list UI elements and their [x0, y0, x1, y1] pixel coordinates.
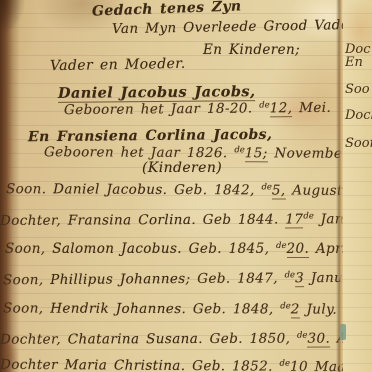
child-row: Dochter, Fransina Corlina. Geb 1844. 17d… — [0, 211, 372, 229]
child-row: Dochter Maria Christina. Geb. 1852. de10… — [0, 357, 372, 372]
child-name: Maria Christina. — [65, 357, 186, 372]
child-day: 20. — [287, 241, 310, 258]
child-geb: Geb 1844. — [203, 212, 279, 228]
facing-text-fragment: Soo — [345, 82, 370, 97]
vader-en-moeder-line: Vader en Moeder. — [50, 56, 186, 74]
father-month: Mei. — [299, 100, 331, 116]
child-geb: Geb. 1845, — [189, 241, 270, 257]
book-left-edge-shadow — [0, 0, 34, 46]
child-day-ordinal: de — [280, 359, 291, 369]
child-day-ordinal: de — [276, 241, 286, 251]
child-day: 17 — [285, 211, 303, 228]
child-day: 10 — [290, 359, 308, 372]
child-day-ordinal-after: de — [303, 211, 314, 221]
child-day: 5, — [272, 182, 286, 199]
mother-name-line: En Fransiena Corlina Jacobs, — [28, 127, 272, 146]
child-role: Dochter, — [0, 213, 61, 229]
father-birth-line: Gebooren het Jaar 18-20. de12, Mei. — [64, 100, 331, 118]
child-geb: Geb. 1850, — [210, 331, 291, 347]
kinderen-heading: (Kinderen) — [142, 160, 222, 176]
child-geb: Geb. 1847, — [197, 270, 278, 287]
mother-day: 15; — [245, 145, 268, 162]
child-day-ordinal: de — [297, 331, 308, 341]
facing-text-fragment: En — [345, 55, 363, 70]
child-row: Soon, Hendrik Johannes. Geb. 1848, de2 J… — [3, 300, 337, 317]
tape-mark — [340, 324, 346, 340]
father-day: 12, — [270, 100, 293, 117]
page-gutter-edge — [336, 0, 343, 372]
child-day: 2 — [291, 301, 300, 318]
child-day-ordinal: de — [285, 270, 296, 280]
father-birth-text: Gebooren het Jaar 18-20. — [64, 101, 253, 119]
facing-text-fragment: Doch — [345, 108, 372, 123]
child-geb: Geb. 1852. — [192, 358, 273, 372]
child-name: Fransina Corlina. — [68, 212, 196, 229]
child-row: Soon. Daniel Jacobus. Geb. 1842, de5, Au… — [6, 181, 364, 199]
child-role: Soon, — [3, 272, 44, 288]
child-geb: Geb. 1842, — [174, 182, 255, 198]
child-role: Dochter — [0, 357, 58, 372]
child-name: Daniel Jacobus. — [53, 181, 167, 198]
child-name: Phillipus Johannes; — [50, 271, 190, 288]
child-row: Soon, Salomon Jacobus. Geb. 1845, de20. … — [5, 241, 356, 257]
child-month: July. — [306, 301, 337, 317]
facing-text-fragment: Soon — [345, 136, 372, 151]
child-role: Soon. — [6, 181, 47, 197]
facing-page-strip: Doc En Soo Doch Soon — [343, 0, 372, 372]
child-day: 3 — [295, 270, 304, 287]
child-row: Dochter, Chatarina Susana. Geb. 1850, de… — [0, 330, 372, 347]
child-day-ordinal: de — [280, 301, 291, 311]
child-day: 30. — [307, 331, 330, 348]
child-geb: Geb. 1848, — [193, 301, 274, 317]
en-kinderen-line: En Kinderen; — [203, 42, 300, 58]
ledger-photo: Gedach tenes Zyn Van Myn Overleede Grood… — [0, 0, 372, 372]
father-day-ordinal: de — [259, 100, 270, 110]
mother-day-ordinal: de — [234, 145, 245, 155]
child-role: Soon, — [5, 241, 46, 257]
child-name: Chatarina Susana. — [68, 331, 203, 347]
child-row: Soon, Phillipus Johannes; Geb. 1847, de3… — [3, 270, 370, 289]
child-role: Soon, — [3, 300, 44, 316]
mother-birth-text: Gebooren het Jaar 1826. — [44, 144, 228, 161]
child-role: Dochter, — [0, 331, 61, 347]
child-name: Salomon Jacobus. — [52, 241, 182, 257]
child-day-ordinal: de — [261, 182, 272, 192]
child-name: Hendrik Johannes. — [50, 301, 186, 317]
